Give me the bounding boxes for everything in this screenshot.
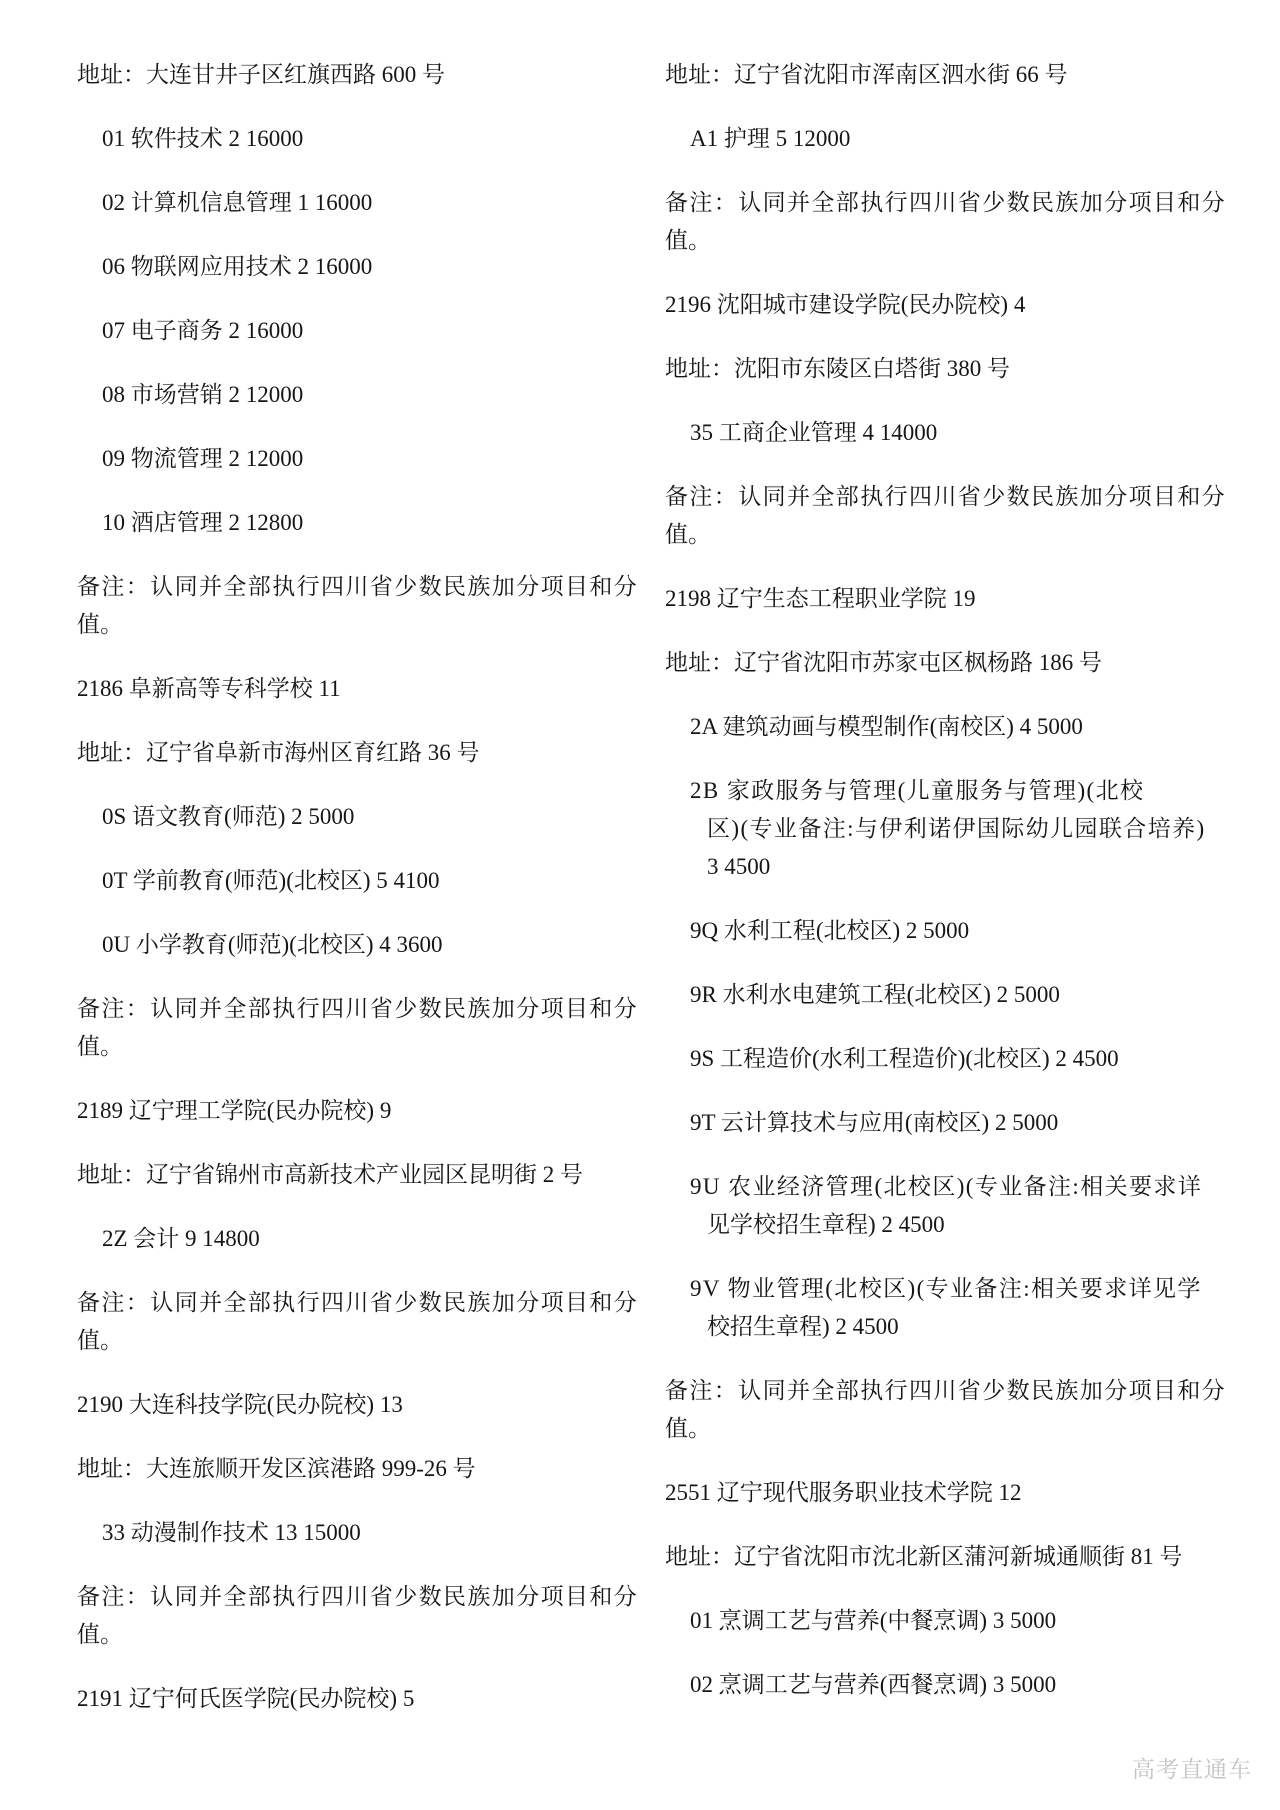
major-line: 见学校招生章程) 2 4500 xyxy=(665,1206,1211,1244)
item-block: 9U 农业经济管理(北校区)(专业备注:相关要求详见学校招生章程) 2 4500 xyxy=(665,1168,1211,1244)
item-block: 07 电子商务 2 16000 xyxy=(77,312,623,350)
major-line: 0T 学前教育(师范)(北校区) 5 4100 xyxy=(77,862,623,900)
address-line: 地址：辽宁省锦州市高新技术产业园区昆明街 2 号 xyxy=(77,1156,623,1194)
school-heading: 2551 辽宁现代服务职业技术学院 12 xyxy=(665,1474,1211,1512)
school-heading: 2190 大连科技学院(民办院校) 13 xyxy=(77,1386,623,1424)
note-line: 备注：认同并全部执行四川省少数民族加分项目和分 xyxy=(77,990,623,1028)
major-line: 9V 物业管理(北校区)(专业备注:相关要求详见学 xyxy=(665,1270,1211,1308)
address-block: 地址：辽宁省锦州市高新技术产业园区昆明街 2 号 xyxy=(77,1156,623,1194)
item-block: 08 市场营销 2 12000 xyxy=(77,376,623,414)
school-heading: 2186 阜新高等专科学校 11 xyxy=(77,670,623,708)
address-block: 地址：大连旅顺开发区滨港路 999-26 号 xyxy=(77,1450,623,1488)
item-block: 9V 物业管理(北校区)(专业备注:相关要求详见学校招生章程) 2 4500 xyxy=(665,1270,1211,1346)
major-line: 35 工商企业管理 4 14000 xyxy=(665,414,1211,452)
major-line: 33 动漫制作技术 13 15000 xyxy=(77,1514,623,1552)
note-block: 备注：认同并全部执行四川省少数民族加分项目和分值。 xyxy=(77,568,623,644)
note-block: 备注：认同并全部执行四川省少数民族加分项目和分值。 xyxy=(77,1578,623,1654)
item-block: 09 物流管理 2 12000 xyxy=(77,440,623,478)
address-block: 地址：辽宁省阜新市海州区育红路 36 号 xyxy=(77,734,623,772)
major-line: 10 酒店管理 2 12800 xyxy=(77,504,623,542)
note-line: 值。 xyxy=(77,1616,623,1654)
item-block: 9Q 水利工程(北校区) 2 5000 xyxy=(665,912,1211,950)
address-block: 地址：辽宁省沈阳市沈北新区蒲河新城通顺街 81 号 xyxy=(665,1538,1211,1576)
note-line: 备注：认同并全部执行四川省少数民族加分项目和分 xyxy=(77,568,623,606)
item-block: 0S 语文教育(师范) 2 5000 xyxy=(77,798,623,836)
address-block: 地址：沈阳市东陵区白塔街 380 号 xyxy=(665,350,1211,388)
school-heading: 2189 辽宁理工学院(民办院校) 9 xyxy=(77,1092,623,1130)
address-line: 地址：辽宁省沈阳市沈北新区蒲河新城通顺街 81 号 xyxy=(665,1538,1211,1576)
note-block: 备注：认同并全部执行四川省少数民族加分项目和分值。 xyxy=(665,478,1211,554)
major-line: 06 物联网应用技术 2 16000 xyxy=(77,248,623,286)
item-block: 01 烹调工艺与营养(中餐烹调) 3 5000 xyxy=(665,1602,1211,1640)
item-block: 33 动漫制作技术 13 15000 xyxy=(77,1514,623,1552)
school-block: 2186 阜新高等专科学校 11 xyxy=(77,670,623,708)
column-right: 地址：辽宁省沈阳市浑南区泗水街 66 号A1 护理 5 12000备注：认同并全… xyxy=(665,56,1211,1730)
document-page: 地址：大连甘井子区红旗西路 600 号01 软件技术 2 1600002 计算机… xyxy=(0,0,1280,1810)
major-line: 9U 农业经济管理(北校区)(专业备注:相关要求详 xyxy=(665,1168,1211,1206)
major-line: 0U 小学教育(师范)(北校区) 4 3600 xyxy=(77,926,623,964)
note-line: 值。 xyxy=(77,606,623,644)
note-line: 值。 xyxy=(77,1028,623,1066)
item-block: 02 烹调工艺与营养(西餐烹调) 3 5000 xyxy=(665,1666,1211,1704)
note-block: 备注：认同并全部执行四川省少数民族加分项目和分值。 xyxy=(665,1372,1211,1448)
major-line: 3 4500 xyxy=(665,848,1211,886)
address-line: 地址：辽宁省阜新市海州区育红路 36 号 xyxy=(77,734,623,772)
school-block: 2189 辽宁理工学院(民办院校) 9 xyxy=(77,1092,623,1130)
item-block: 2B 家政服务与管理(儿童服务与管理)(北校区)(专业备注:与伊利诺伊国际幼儿园… xyxy=(665,772,1211,886)
major-line: 07 电子商务 2 16000 xyxy=(77,312,623,350)
note-line: 备注：认同并全部执行四川省少数民族加分项目和分 xyxy=(77,1578,623,1616)
major-line: 9R 水利水电建筑工程(北校区) 2 5000 xyxy=(665,976,1211,1014)
item-block: 9T 云计算技术与应用(南校区) 2 5000 xyxy=(665,1104,1211,1142)
item-block: 10 酒店管理 2 12800 xyxy=(77,504,623,542)
item-block: 01 软件技术 2 16000 xyxy=(77,120,623,158)
watermark: 高考直通车 xyxy=(1132,1756,1252,1784)
column-left: 地址：大连甘井子区红旗西路 600 号01 软件技术 2 1600002 计算机… xyxy=(77,56,623,1744)
major-line: 0S 语文教育(师范) 2 5000 xyxy=(77,798,623,836)
item-block: 0U 小学教育(师范)(北校区) 4 3600 xyxy=(77,926,623,964)
major-line: 08 市场营销 2 12000 xyxy=(77,376,623,414)
note-line: 值。 xyxy=(77,1322,623,1360)
item-block: 2A 建筑动画与模型制作(南校区) 4 5000 xyxy=(665,708,1211,746)
major-line: 02 计算机信息管理 1 16000 xyxy=(77,184,623,222)
school-heading: 2191 辽宁何氏医学院(民办院校) 5 xyxy=(77,1680,623,1718)
item-block: 0T 学前教育(师范)(北校区) 5 4100 xyxy=(77,862,623,900)
note-line: 备注：认同并全部执行四川省少数民族加分项目和分 xyxy=(665,478,1211,516)
address-line: 地址：沈阳市东陵区白塔街 380 号 xyxy=(665,350,1211,388)
note-line: 备注：认同并全部执行四川省少数民族加分项目和分 xyxy=(77,1284,623,1322)
major-line: 2Z 会计 9 14800 xyxy=(77,1220,623,1258)
school-block: 2198 辽宁生态工程职业学院 19 xyxy=(665,580,1211,618)
item-block: 2Z 会计 9 14800 xyxy=(77,1220,623,1258)
major-line: 9T 云计算技术与应用(南校区) 2 5000 xyxy=(665,1104,1211,1142)
school-block: 2551 辽宁现代服务职业技术学院 12 xyxy=(665,1474,1211,1512)
school-block: 2196 沈阳城市建设学院(民办院校) 4 xyxy=(665,286,1211,324)
address-block: 地址：辽宁省沈阳市浑南区泗水街 66 号 xyxy=(665,56,1211,94)
major-line: 区)(专业备注:与伊利诺伊国际幼儿园联合培养) xyxy=(665,810,1211,848)
school-block: 2191 辽宁何氏医学院(民办院校) 5 xyxy=(77,1680,623,1718)
address-line: 地址：辽宁省沈阳市浑南区泗水街 66 号 xyxy=(665,56,1211,94)
item-block: 35 工商企业管理 4 14000 xyxy=(665,414,1211,452)
note-block: 备注：认同并全部执行四川省少数民族加分项目和分值。 xyxy=(77,1284,623,1360)
major-line: A1 护理 5 12000 xyxy=(665,120,1211,158)
item-block: 9S 工程造价(水利工程造价)(北校区) 2 4500 xyxy=(665,1040,1211,1078)
major-line: 2B 家政服务与管理(儿童服务与管理)(北校 xyxy=(665,772,1211,810)
major-line: 校招生章程) 2 4500 xyxy=(665,1308,1211,1346)
school-block: 2190 大连科技学院(民办院校) 13 xyxy=(77,1386,623,1424)
major-line: 01 烹调工艺与营养(中餐烹调) 3 5000 xyxy=(665,1602,1211,1640)
note-line: 值。 xyxy=(665,516,1211,554)
address-line: 地址：大连甘井子区红旗西路 600 号 xyxy=(77,56,623,94)
note-line: 备注：认同并全部执行四川省少数民族加分项目和分 xyxy=(665,1372,1211,1410)
item-block: 06 物联网应用技术 2 16000 xyxy=(77,248,623,286)
note-line: 值。 xyxy=(665,222,1211,260)
item-block: 02 计算机信息管理 1 16000 xyxy=(77,184,623,222)
school-heading: 2196 沈阳城市建设学院(民办院校) 4 xyxy=(665,286,1211,324)
note-line: 值。 xyxy=(665,1410,1211,1448)
address-line: 地址：大连旅顺开发区滨港路 999-26 号 xyxy=(77,1450,623,1488)
major-line: 09 物流管理 2 12000 xyxy=(77,440,623,478)
item-block: 9R 水利水电建筑工程(北校区) 2 5000 xyxy=(665,976,1211,1014)
major-line: 02 烹调工艺与营养(西餐烹调) 3 5000 xyxy=(665,1666,1211,1704)
note-block: 备注：认同并全部执行四川省少数民族加分项目和分值。 xyxy=(665,184,1211,260)
major-line: 2A 建筑动画与模型制作(南校区) 4 5000 xyxy=(665,708,1211,746)
major-line: 9Q 水利工程(北校区) 2 5000 xyxy=(665,912,1211,950)
school-heading: 2198 辽宁生态工程职业学院 19 xyxy=(665,580,1211,618)
address-block: 地址：大连甘井子区红旗西路 600 号 xyxy=(77,56,623,94)
major-line: 01 软件技术 2 16000 xyxy=(77,120,623,158)
note-block: 备注：认同并全部执行四川省少数民族加分项目和分值。 xyxy=(77,990,623,1066)
major-line: 9S 工程造价(水利工程造价)(北校区) 2 4500 xyxy=(665,1040,1211,1078)
item-block: A1 护理 5 12000 xyxy=(665,120,1211,158)
address-block: 地址：辽宁省沈阳市苏家屯区枫杨路 186 号 xyxy=(665,644,1211,682)
note-line: 备注：认同并全部执行四川省少数民族加分项目和分 xyxy=(665,184,1211,222)
address-line: 地址：辽宁省沈阳市苏家屯区枫杨路 186 号 xyxy=(665,644,1211,682)
